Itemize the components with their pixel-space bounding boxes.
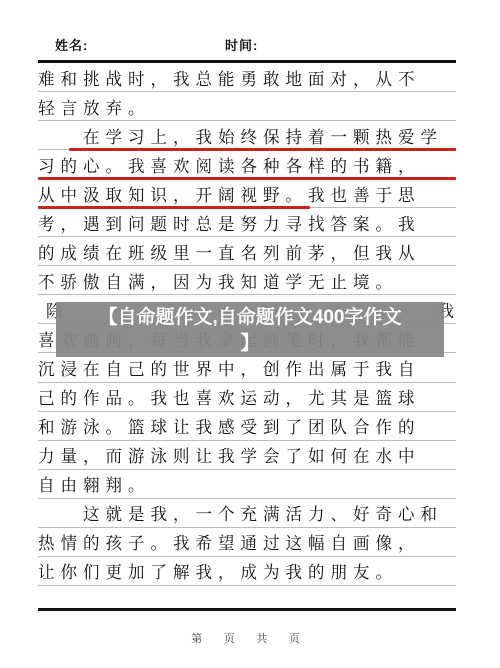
essay-row: 沉浸在自己的世界中，创作出属于我自 bbox=[38, 353, 456, 382]
essay-row-text: 习的心。我喜欢阅读各种各样的书籍， bbox=[38, 158, 421, 178]
essay-row: 习的心。我喜欢阅读各种各样的书籍， bbox=[38, 150, 456, 179]
essay-row-text: 从中汲取知识，开阔视野。我也善于思 bbox=[38, 188, 421, 208]
teacher-underline bbox=[38, 177, 456, 181]
essay-row-text: 在学习上，我始终保持着一颗热爱学 bbox=[38, 129, 443, 149]
essay-row: 在学习上，我始终保持着一颗热爱学 bbox=[38, 121, 456, 150]
essay-row: 考，遇到问题时总是努力寻找答案。我 bbox=[38, 208, 456, 237]
page-header: 姓名: 时间: bbox=[38, 0, 456, 63]
essay-row-text: 难和挑战时，我总能勇敢地面对，从不 bbox=[38, 71, 421, 91]
footer-rule bbox=[38, 608, 456, 611]
essay-row-text: 力量，而游泳则让我学会了如何在水中 bbox=[38, 449, 421, 469]
essay-row-text: 考，遇到问题时总是努力寻找答案。我 bbox=[38, 217, 421, 237]
essay-row-text: 沉浸在自己的世界中，创作出属于我自 bbox=[38, 362, 421, 382]
essay-row: 和游泳。篮球让我感受到了团队合作的 bbox=[38, 412, 456, 441]
essay-row-text: 的成绩在班级里一直名列前茅，但我从 bbox=[38, 246, 421, 266]
essay-row-text: 这就是我，一个充满活力、好奇心和 bbox=[38, 507, 443, 527]
essay-row-text: 让你们更加了解我，成为我的朋友。 bbox=[38, 565, 398, 585]
essay-row: 自由翱翔。 bbox=[38, 470, 456, 499]
caption-banner: 【自命题作文,自命题作文400字作文 】 bbox=[56, 302, 444, 357]
essay-row-text: 不骄傲自满，因为我知道学无止境。 bbox=[38, 275, 398, 295]
essay-row-text: 热情的孩子。我希望通过这幅自画像， bbox=[38, 536, 421, 556]
teacher-underline bbox=[38, 206, 310, 210]
caption-banner-line1: 【自命题作文,自命题作文400字作文 bbox=[56, 305, 444, 331]
caption-banner-line2: 】 bbox=[56, 331, 444, 357]
essay-row: 不骄傲自满，因为我知道学无止境。 bbox=[38, 266, 456, 295]
essay-row: 轻言放弃。 bbox=[38, 92, 456, 121]
essay-row-text: 自由翱翔。 bbox=[38, 478, 151, 498]
essay-row: 己的作品。我也喜欢运动，尤其是篮球 bbox=[38, 383, 456, 412]
time-label: 时间: bbox=[225, 35, 258, 54]
essay-row: 的成绩在班级里一直名列前茅，但我从 bbox=[38, 237, 456, 266]
essay-row: 难和挑战时，我总能勇敢地面对，从不 bbox=[38, 63, 456, 92]
essay-row: 让你们更加了解我，成为我的朋友。 bbox=[38, 557, 456, 586]
essay-row: 从中汲取知识，开阔视野。我也善于思 bbox=[38, 179, 456, 208]
essay-row: 力量，而游泳则让我学会了如何在水中 bbox=[38, 441, 456, 470]
scanned-essay-page: 姓名: 时间: 难和挑战时，我总能勇敢地面对，从不轻言放弃。在学习上，我始终保持… bbox=[0, 0, 500, 668]
essay-row-text: 和游泳。篮球让我感受到了团队合作的 bbox=[38, 420, 421, 440]
essay-row: 热情的孩子。我希望通过这幅自画像， bbox=[38, 528, 456, 557]
name-label: 姓名: bbox=[55, 35, 88, 54]
essay-row-text: 轻言放弃。 bbox=[38, 100, 151, 120]
page-indicator: 第 页 共 页 bbox=[0, 630, 500, 646]
essay-row-text: 己的作品。我也喜欢运动，尤其是篮球 bbox=[38, 391, 421, 411]
essay-row: 这就是我，一个充满活力、好奇心和 bbox=[38, 499, 456, 528]
teacher-underline bbox=[69, 148, 456, 152]
